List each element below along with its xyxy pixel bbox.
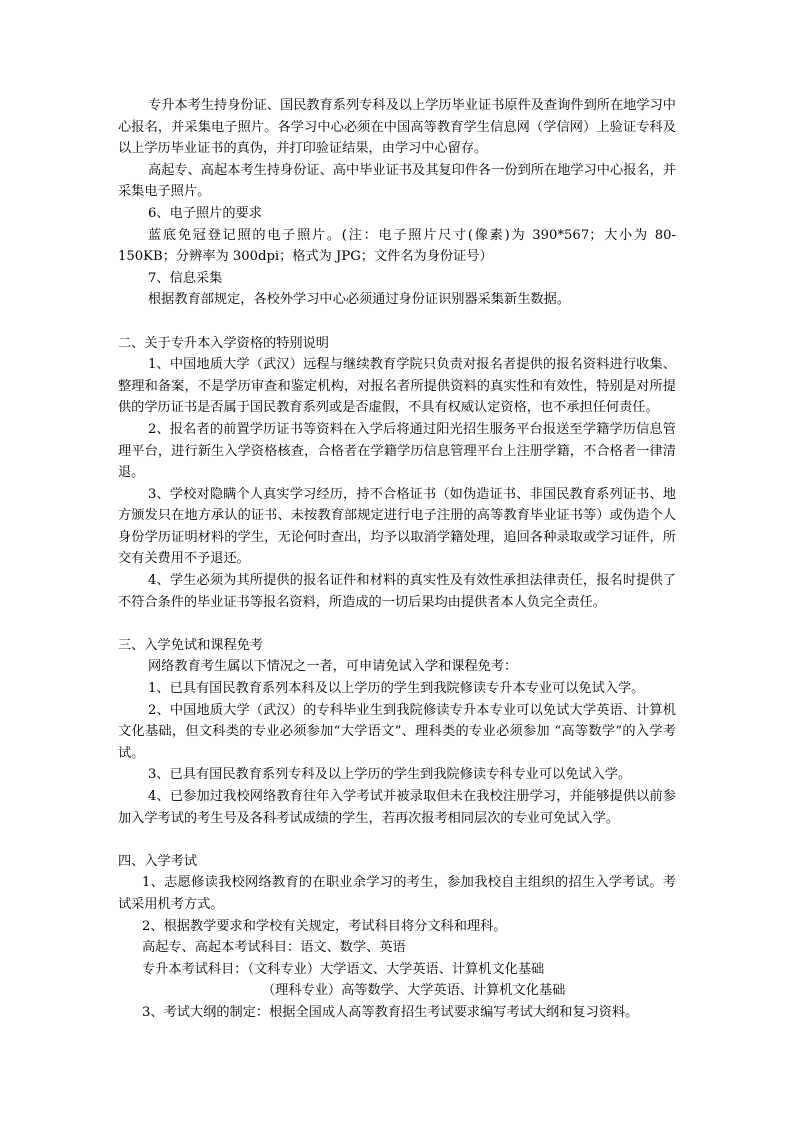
section4-item-2: 2、根据教学要求和学校有关规定，考试科目将分文科和理科。 <box>118 916 676 938</box>
section4-subjects-zsb-wen: 专升本考试科目：（文科专业）大学语文、大学英语、计算机文化基础 <box>118 959 676 981</box>
section2-item-1: 1、中国地质大学（武汉）远程与继续教育学院只负责对报名者提供的报名资料进行收集、… <box>118 354 676 419</box>
section4-heading: 四、入学考试 <box>118 851 676 873</box>
item7-body: 根据教育部规定，各校外学习中心必须通过身份证识别器采集新生数据。 <box>118 289 676 311</box>
section4-subjects-gaoqi: 高起专、高起本考试科目：语文、数学、英语 <box>118 937 676 959</box>
section3-intro: 网络教育考生属以下情况之一者，可申请免试入学和课程免考： <box>118 656 676 678</box>
section4-subjects-zsb-li: （理科专业）高等数学、大学英语、计算机文化基础 <box>118 980 676 1002</box>
section3-item-2: 2、中国地质大学（武汉）的专科毕业生到我院修读专升本专业可以免试大学英语、计算机… <box>118 700 676 765</box>
section4-item-1: 1、志愿修读我校网络教育的在职业余学习的考生，参加我校自主组织的招生入学考试。考… <box>118 872 676 915</box>
section2-heading: 二、关于专升本入学资格的特别说明 <box>118 333 676 355</box>
section4-item-3: 3、考试大纲的制定：根据全国成人高等教育招生考试要求编写考试大纲和复习资料。 <box>118 1002 676 1024</box>
document-page: 专升本考生持身份证、国民教育系列专科及以上学历毕业证书原件及查询件到所在地学习中… <box>118 95 676 1024</box>
section3-heading: 三、入学免试和课程免考 <box>118 635 676 657</box>
intro-paragraph-zsb: 专升本考生持身份证、国民教育系列专科及以上学历毕业证书原件及查询件到所在地学习中… <box>118 95 676 160</box>
item6-title: 6、电子照片的要求 <box>118 203 676 225</box>
spacer <box>118 311 676 333</box>
section3-item-1: 1、已具有国民教育系列本科及以上学历的学生到我院修读专升本专业可以免试入学。 <box>118 678 676 700</box>
item6-body: 蓝底免冠登记照的电子照片。(注：电子照片尺寸(像素)为 390*567；大小为 … <box>118 225 676 268</box>
section2-item-2: 2、报名者的前置学历证书等资料在入学后将通过阳光招生服务平台报送至学籍学历信息管… <box>118 419 676 484</box>
intro-paragraph-gaoqi: 高起专、高起本考生持身份证、高中毕业证书及其复印件各一份到所在地学习中心报名，并… <box>118 160 676 203</box>
section2-item-4: 4、学生必须为其所提供的报名证件和材料的真实性及有效性承担法律责任，报名时提供了… <box>118 570 676 613</box>
section2-item-3: 3、学校对隐瞒个人真实学习经历，持不合格证书（如伪造证书、非国民教育系列证书、地… <box>118 484 676 570</box>
item7-title: 7、信息采集 <box>118 268 676 290</box>
spacer <box>118 829 676 851</box>
section3-item-3: 3、已具有国民教育系列专科及以上学历的学生到我院修读专科专业可以免试入学。 <box>118 764 676 786</box>
section3-item-4: 4、已参加过我校网络教育往年入学考试并被录取但未在我校注册学习，并能够提供以前参… <box>118 786 676 829</box>
spacer <box>118 613 676 635</box>
